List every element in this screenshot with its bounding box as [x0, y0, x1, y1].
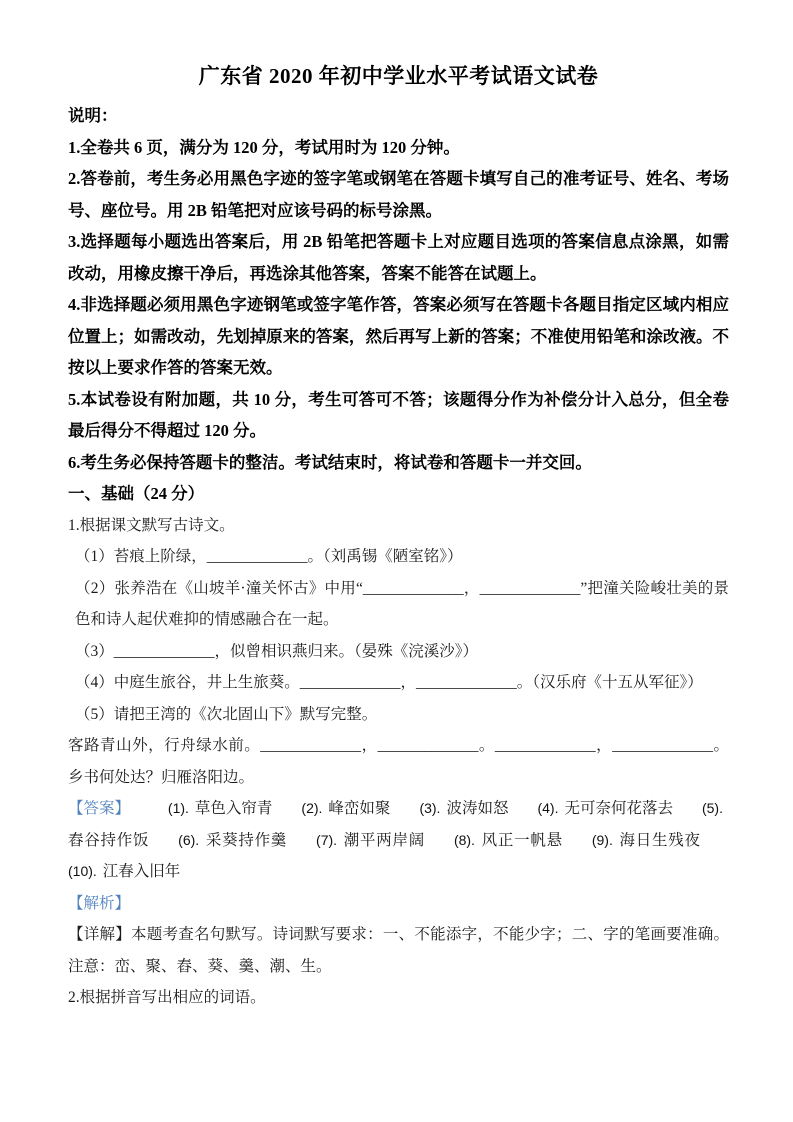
notice-list: 1.全卷共 6 页，满分为 120 分，考试用时为 120 分钟。 2.答卷前，… — [68, 132, 729, 479]
question-sub-item: （5）请把王湾的《次北固山下》默写完整。 — [68, 699, 729, 731]
answer-item-number: (7). — [316, 832, 337, 848]
answer-item: (7).潮平两岸阔 — [316, 832, 425, 849]
answer-item-text: 风正一帆悬 — [481, 832, 563, 849]
notice-item: 3.选择题每小题选出答案后，用 2B 铅笔把答题卡上对应题目选项的答案信息点涂黑… — [68, 226, 729, 289]
notice-item: 4.非选择题必须用黑色字迹钢笔或签字笔作答，答案必须写在答题卡各题目指定区域内相… — [68, 289, 729, 384]
question-sub-item: （2）张养浩在《山坡羊·潼关怀古》中用“_____________，______… — [68, 573, 729, 636]
answer-item-text: 江春入旧年 — [103, 863, 181, 880]
analysis-block: 【解析】 — [68, 888, 729, 920]
question2-stem: 2.根据拼音写出相应的词语。 — [68, 982, 729, 1014]
answer-item-number: (4). — [537, 800, 558, 816]
notice-item: 2.答卷前，考生务必用黑色字迹的签字笔或钢笔在答题卡填写自己的准考证号、姓名、考… — [68, 163, 729, 226]
answer-block: 【答案】 (1).草色入帘青(2).峰峦如聚(3).波涛如怒(4).无可奈何花落… — [68, 793, 729, 888]
question1-subitems: （1）苔痕上阶绿，_____________。（刘禹锡《陋室铭》） （2）张养浩… — [68, 541, 729, 730]
page-title: 广东省 2020 年初中学业水平考试语文试卷 — [68, 56, 729, 96]
answer-item: (10).江春入旧年 — [68, 863, 180, 880]
answer-items: (1).草色入帘青(2).峰峦如聚(3).波涛如怒(4).无可奈何花落去(5).… — [68, 800, 729, 880]
detail-text: 本题考查名句默写。诗词默写要求：一、不能添字，不能少字；二、字的笔画要准确。注意… — [68, 926, 729, 975]
answer-item-text: 草色入帘青 — [195, 800, 273, 817]
notice-item: 1.全卷共 6 页，满分为 120 分，考试用时为 120 分钟。 — [68, 132, 729, 164]
answer-item: (4).无可奈何花落去 — [537, 800, 673, 817]
answer-item-text: 无可奈何花落去 — [564, 800, 673, 817]
answer-item-number: (2). — [301, 800, 322, 816]
answer-item: (6).采葵持作羹 — [178, 832, 287, 849]
answer-item-number: (1). — [168, 800, 189, 816]
question-sub-item: （1）苔痕上阶绿，_____________。（刘禹锡《陋室铭》） — [68, 541, 729, 573]
answer-item: (8).风正一帆悬 — [454, 832, 563, 849]
question-sub-item: （4）中庭生旅谷，井上生旅葵。_____________，___________… — [68, 667, 729, 699]
answer-item-number: (10). — [68, 863, 97, 879]
notice-heading: 说明： — [68, 100, 729, 132]
notice-item: 5.本试卷设有附加题，共 10 分，考生可答可不答；该题得分作为补偿分计入总分，… — [68, 384, 729, 447]
answer-item-number: (8). — [454, 832, 475, 848]
notice-item: 6.考生务必保持答题卡的整洁。考试结束时，将试卷和答题卡一并交回。 — [68, 447, 729, 479]
answer-item-text: 峰峦如聚 — [328, 800, 390, 817]
answer-item-text: 潮平两岸阔 — [343, 832, 425, 849]
answer-item-number: (9). — [592, 832, 613, 848]
analysis-label: 【解析】 — [68, 895, 130, 912]
question-sub-item: （3）_____________，似曾相识燕归来。（晏殊《浣溪沙》） — [68, 636, 729, 668]
answer-item-number: (6). — [178, 832, 199, 848]
answer-item-text: 海日生残夜 — [619, 832, 700, 849]
question1-stem: 1.根据课文默写古诗文。 — [68, 510, 729, 542]
answer-label: 【答案】 — [68, 800, 130, 817]
detail-label: 【详解】 — [68, 926, 131, 943]
answer-item: (9).海日生残夜 — [592, 832, 700, 849]
answer-item: (3).波涛如怒 — [419, 800, 508, 817]
poem-completion-line: 客路青山外，行舟绿水前。_____________，_____________。… — [68, 730, 729, 793]
exam-document-page: 广东省 2020 年初中学业水平考试语文试卷 说明： 1.全卷共 6 页，满分为… — [0, 0, 793, 1122]
answer-item: (2).峰峦如聚 — [301, 800, 390, 817]
section-heading: 一、基础（24 分） — [68, 478, 729, 510]
answer-item-text: 波涛如怒 — [446, 800, 508, 817]
answer-item-text: 舂谷持作饭 — [68, 832, 149, 849]
answer-item: (1).草色入帘青 — [168, 800, 273, 817]
detail-block: 【详解】本题考查名句默写。诗词默写要求：一、不能添字，不能少字；二、字的笔画要准… — [68, 919, 729, 982]
answer-item-number: (5). — [702, 800, 723, 816]
answer-item-number: (3). — [419, 800, 440, 816]
answer-item-text: 采葵持作羹 — [205, 832, 287, 849]
